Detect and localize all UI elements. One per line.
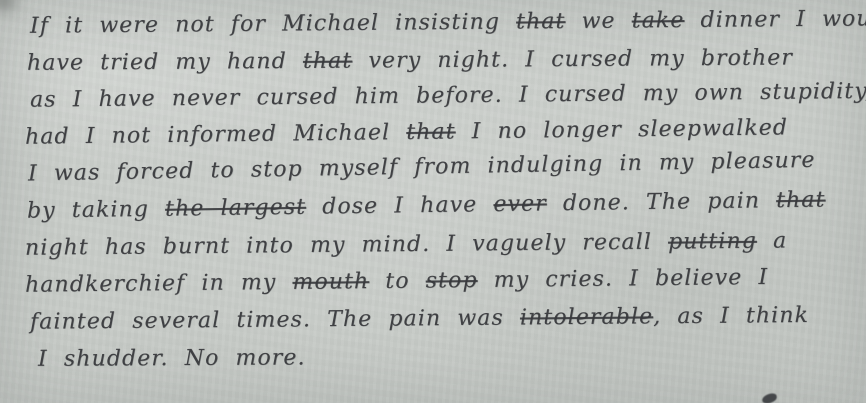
line-text: very night. I cursed my brother — [352, 45, 793, 73]
line-text: dose I have — [306, 192, 494, 220]
handwritten-diary-page: If it were not for Michael insisting tha… — [0, 0, 866, 403]
line-text-struck: putting — [668, 229, 757, 255]
line-text: If it were not for Michael insisting — [30, 9, 516, 38]
handwritten-line: I shudder. No more. — [0, 336, 866, 378]
line-text: my cries. I believe I — [477, 265, 768, 293]
line-text-struck: ever — [493, 191, 547, 217]
line-text-struck: that — [516, 9, 566, 34]
line-text-struck: mouth — [292, 269, 369, 295]
line-text: to — [369, 269, 426, 295]
ink-stroke-fragment — [761, 392, 778, 403]
line-text: we — [565, 8, 631, 34]
line-text: had I not informed Michael — [25, 120, 407, 150]
line-text: , as I think — [653, 303, 809, 329]
line-text-struck: stop — [426, 268, 478, 294]
line-text: have tried my hand — [27, 49, 303, 76]
line-text-struck: that — [406, 119, 456, 145]
line-text-struck: that — [303, 49, 353, 74]
line-text: done. The pain — [547, 188, 777, 216]
line-text: I no longer sleepwalked — [455, 115, 788, 144]
line-text: night has burnt into my mind. I vaguely … — [25, 230, 668, 261]
line-text-struck: the largest — [165, 195, 306, 222]
line-text: a — [757, 228, 788, 253]
line-text: as I have never cursed him before. I cur… — [30, 79, 866, 113]
line-text: I shudder. No more. — [38, 345, 306, 371]
line-text-struck: that — [776, 187, 826, 213]
line-text: handkerchief in my — [25, 270, 293, 298]
line-text: fainted several times. The pain was — [30, 305, 520, 334]
line-text: dinner I would — [684, 6, 866, 33]
handwriting-block: If it were not for Michael insisting tha… — [0, 8, 866, 378]
line-text: by taking — [27, 197, 165, 224]
handwritten-line: fainted several times. The pain was into… — [0, 296, 866, 341]
line-text-struck: intolerable — [520, 304, 653, 330]
line-text: I was forced to stop myself from indulgi… — [28, 148, 816, 187]
handwritten-line: If it were not for Michael insisting tha… — [0, 0, 866, 45]
line-text-struck: take — [632, 8, 685, 33]
